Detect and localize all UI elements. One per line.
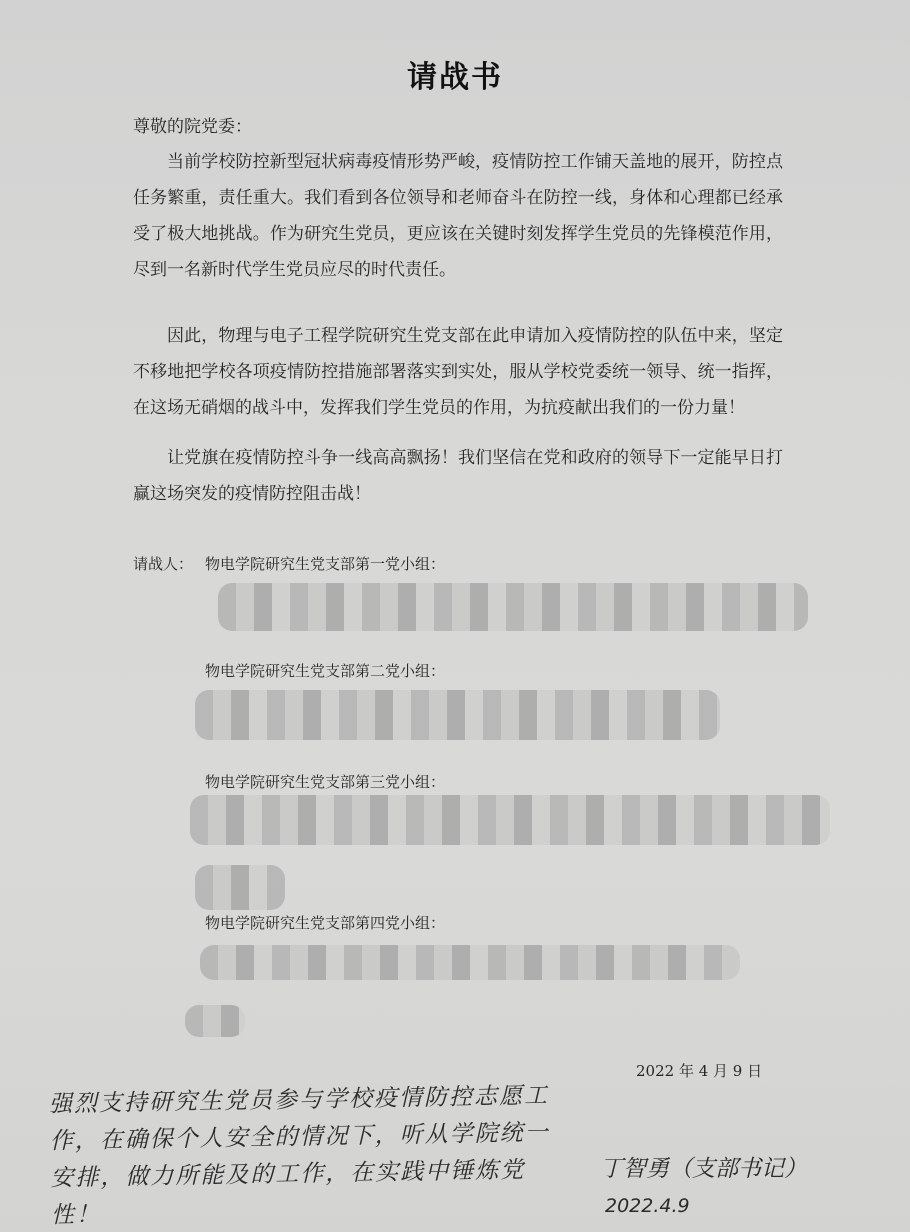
redacted-signatures-group-3 xyxy=(190,795,830,845)
signature-date: 2022.4.9 xyxy=(605,1195,690,1217)
redacted-signatures-group-3b xyxy=(195,865,285,910)
document-title: 请战书 xyxy=(0,52,910,96)
group-3-label: 物电学院研究生党支部第三党小组： xyxy=(205,771,445,792)
salutation: 尊敬的院党委： xyxy=(133,112,252,137)
document-page: 请战书 尊敬的院党委： 当前学校防控新型冠状病毒疫情形势严峻，疫情防控工作铺天盖… xyxy=(0,0,910,1232)
signers-label: 请战人： xyxy=(133,553,193,574)
group-1-label: 物电学院研究生党支部第一党小组： xyxy=(205,553,445,574)
redacted-signatures-group-4b xyxy=(185,1005,245,1037)
redacted-signatures-group-4 xyxy=(200,945,740,980)
document-date: 2022 年 4 月 9 日 xyxy=(636,1060,762,1081)
group-2-label: 物电学院研究生党支部第二党小组： xyxy=(205,660,445,681)
redacted-signatures-group-2 xyxy=(195,690,720,740)
paragraph-1: 当前学校防控新型冠状病毒疫情形势严峻，疫情防控工作铺天盖地的展开，防控点任务繁重… xyxy=(133,144,783,288)
group-4-label: 物电学院研究生党支部第四党小组： xyxy=(205,912,445,933)
paragraph-2: 因此，物理与电子工程学院研究生党支部在此申请加入疫情防控的队伍中来，坚定不移地把… xyxy=(133,318,783,426)
handwritten-endorsement: 强烈支持研究生党员参与学校疫情防控志愿工作，在确保个人安全的情况下，听从学院统一… xyxy=(49,1077,572,1232)
secretary-signature: 丁智勇（支部书记） xyxy=(600,1150,807,1183)
paragraph-3: 让党旗在疫情防控斗争一线高高飘扬！我们坚信在党和政府的领导下一定能早日打赢这场突… xyxy=(133,440,783,512)
redacted-signatures-group-1 xyxy=(218,583,808,631)
